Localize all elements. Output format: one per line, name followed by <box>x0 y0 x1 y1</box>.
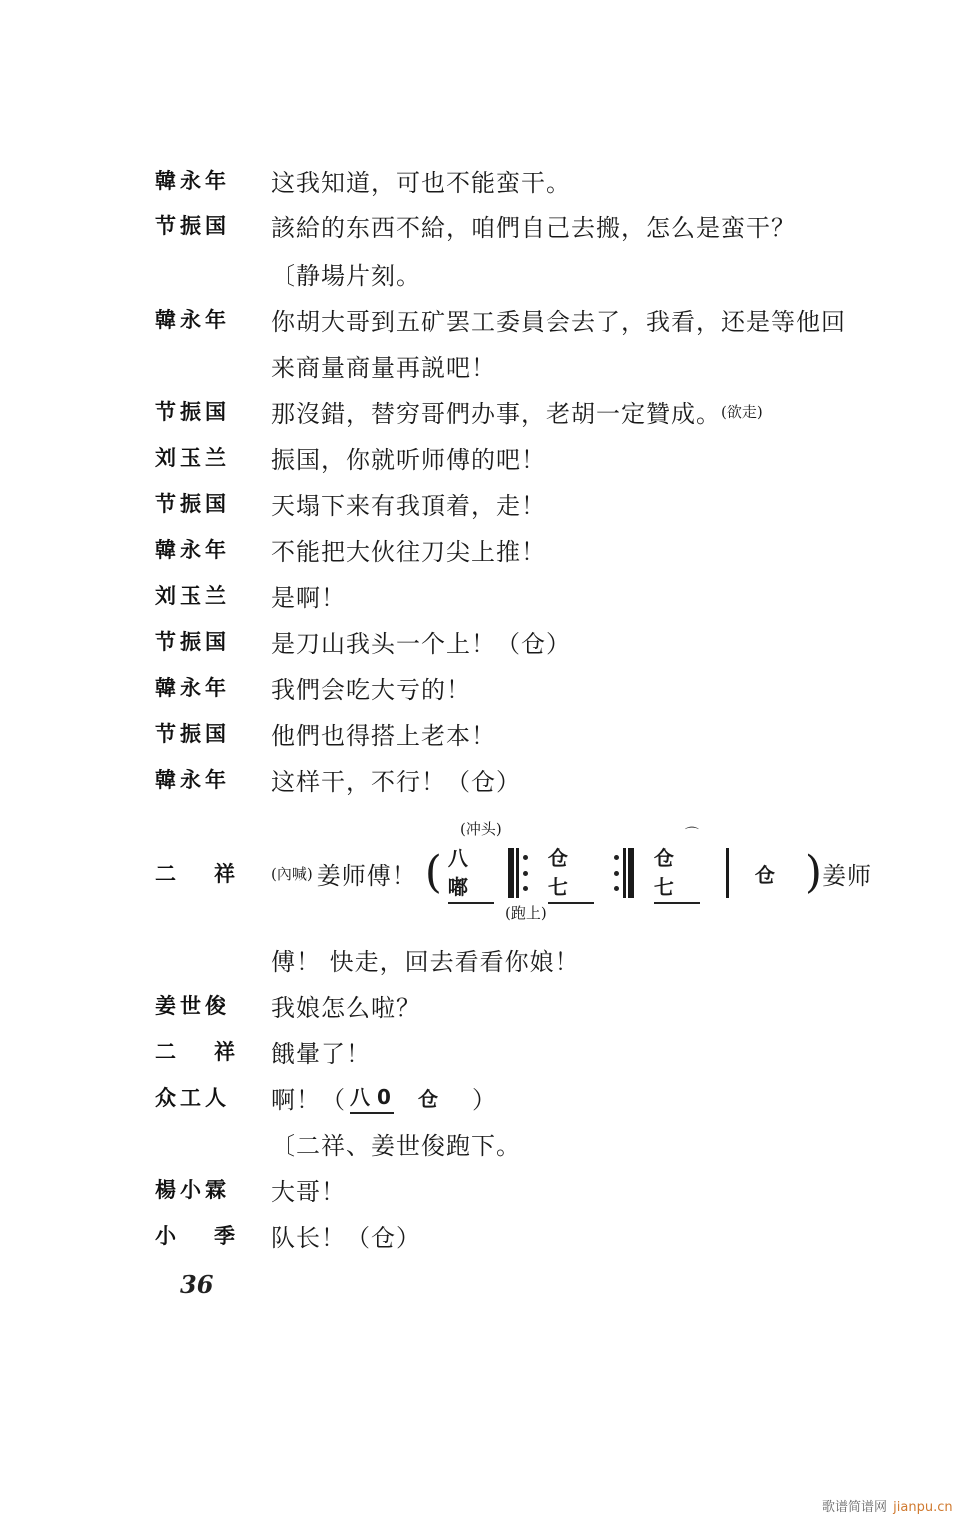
speaker-name: 韓永年 <box>155 672 271 702</box>
dialogue-line: 众工人 啊！（ 八 0 仓 ） <box>155 1080 497 1114</box>
dialogue-text: 我們会吃大亏的！ <box>271 670 471 705</box>
speaker-name: 刘玉兰 <box>155 442 271 472</box>
dialogue-line: 节振国 天塌下来有我頂着，走！ <box>155 486 546 520</box>
speaker-name: 节振国 <box>155 718 271 748</box>
dialogue-line: 二 祥 餓暈了！ <box>155 1034 371 1068</box>
dialogue-text: 队长！（仓） <box>271 1218 421 1253</box>
dialogue-line: 韓永年 不能把大伙往刀尖上推！ <box>155 532 546 566</box>
dialogue-line: 节振国 他們也得搭上老本！ <box>155 716 496 750</box>
dialogue-line: 节振国 該給的东西不給，咱們自己去搬，怎么是蛮干？ <box>155 208 796 242</box>
barline <box>628 848 634 898</box>
speaker-name: 刘玉兰 <box>155 580 271 610</box>
dialogue-text: 这我知道，可也不能蛮干。 <box>271 163 571 198</box>
repeat-dots <box>614 855 619 891</box>
dialogue-text: 餓暈了！ <box>271 1034 371 1069</box>
repeat-end-barline <box>610 848 634 898</box>
watermark: 歌谱简谱网 jianpu.cn <box>822 1496 953 1515</box>
fermata-note-group: ⌒ 仓 七 <box>654 842 700 904</box>
barline <box>726 848 729 898</box>
dialogue-line: 韓永年 这样干，不行！（仓） <box>155 762 521 796</box>
dialogue-line: 姜世俊 我娘怎么啦？ <box>155 988 421 1022</box>
speaker-name: 二 祥 <box>155 858 235 888</box>
open-paren: ( <box>425 858 442 888</box>
stage-direction: 〔二祥、姜世俊跑下。 <box>271 1126 521 1161</box>
dialogue-line: 刘玉兰 是啊！ <box>155 578 346 612</box>
speaker-name: 韓永年 <box>155 304 271 334</box>
dialogue-line: 节振国 是刀山我头一个上！（仓） <box>155 624 571 658</box>
dialogue-text: 振国，你就听师傅的吧！ <box>271 440 546 475</box>
script-page: 韓永年 这我知道，可也不能蛮干。 节振国 該給的东西不給，咱們自己去搬，怎么是蛮… <box>0 0 974 1524</box>
speaker-char: 季 <box>214 1220 235 1250</box>
speaker-char: 小 <box>155 1220 176 1250</box>
dialogue-text: 姜师傅！ <box>317 856 417 891</box>
music-notation-line: 二 祥 (內喊) 姜师傅！ ( 八 嘟 仓 七 ⌒ 仓 七 仓 ) 姜师 <box>155 848 872 898</box>
barline <box>623 848 626 898</box>
percussion-note: 仓 <box>755 859 775 888</box>
stage-note: (欲走) <box>721 401 763 422</box>
dialogue-text: 我娘怎么啦？ <box>271 988 421 1023</box>
speaker-name: 楊小霖 <box>155 1174 271 1204</box>
speaker-name: 姜世俊 <box>155 990 271 1020</box>
speaker-char: 二 <box>155 1036 176 1066</box>
page-number: 36 <box>180 1270 213 1299</box>
dialogue-text: 是啊！ <box>271 578 346 613</box>
dialogue-text: 他們也得搭上老本！ <box>271 716 496 751</box>
speaker-name: 节振国 <box>155 210 271 240</box>
speaker-char: 二 <box>155 858 176 888</box>
dialogue-line: 刘玉兰 振国，你就听师傅的吧！ <box>155 440 546 474</box>
dialogue-line: 韓永年 你胡大哥到五矿罢工委員会去了，我看，还是等他回 <box>155 302 846 336</box>
dialogue-text: 大哥！ <box>271 1172 346 1207</box>
speaker-name: 韓永年 <box>155 534 271 564</box>
dialogue-text: 这样干，不行！（仓） <box>271 762 521 797</box>
dialogue-line: 小 季 队长！（仓） <box>155 1218 421 1252</box>
speaker-name: 韓永年 <box>155 165 271 195</box>
speaker-name: 节振国 <box>155 396 271 426</box>
dialogue-continuation: 来商量商量再説吧！ <box>271 348 496 383</box>
speaker-name: 二 祥 <box>155 1036 235 1066</box>
percussion-note: 八 0 <box>350 1081 394 1114</box>
dialogue-continuation: 傅！ 快走，回去看看你娘！ <box>271 942 580 977</box>
speaker-name: 韓永年 <box>155 764 271 794</box>
speaker-name: 节振国 <box>155 626 271 656</box>
dialogue-text: 不能把大伙往刀尖上推！ <box>271 532 546 567</box>
watermark-text: 歌谱简谱网 <box>822 1500 887 1515</box>
dialogue-text: 是刀山我头一个上！（仓） <box>271 624 571 659</box>
percussion-note: 八 嘟 <box>448 842 494 904</box>
dialogue-text: 啊！（ <box>271 1080 346 1115</box>
speaker-char: 祥 <box>214 1036 235 1066</box>
speaker-char: 祥 <box>214 858 235 888</box>
speaker-name: 众工人 <box>155 1082 271 1112</box>
dialogue-text: 你胡大哥到五矿罢工委員会去了，我看，还是等他回 <box>271 302 846 337</box>
stage-direction: 〔静場片刻。 <box>271 256 421 291</box>
speaker-name: 小 季 <box>155 1220 235 1250</box>
dialogue-line: 节振国 那沒錯，替穷哥們办事，老胡一定贊成。 (欲走) <box>155 394 763 428</box>
percussion-note: 仓 七 <box>654 842 700 904</box>
dialogue-text: 姜师 <box>822 856 872 891</box>
barline <box>516 848 519 898</box>
aside-note: (內喊) <box>271 863 313 884</box>
dialogue-line: 韓永年 我們会吃大亏的！ <box>155 670 471 704</box>
percussion-annotation-above: (冲头) <box>460 818 502 839</box>
fermata-icon: ⌒ <box>685 828 699 842</box>
dialogue-line: 韓永年 这我知道，可也不能蛮干。 <box>155 163 571 197</box>
barline <box>508 848 514 898</box>
repeat-dots <box>523 855 528 891</box>
dialogue-text: 該給的东西不給，咱們自己去搬，怎么是蛮干？ <box>271 208 796 243</box>
repeat-start-barline <box>508 848 532 898</box>
watermark-url: jianpu.cn <box>893 1500 952 1515</box>
close-paren: ) <box>805 858 822 888</box>
percussion-note: 仓 <box>418 1083 438 1112</box>
dialogue-text: 那沒錯，替穷哥們办事，老胡一定贊成。 <box>271 394 721 429</box>
dialogue-text: 天塌下来有我頂着，走！ <box>271 486 546 521</box>
percussion-note: 仓 七 <box>548 842 594 904</box>
close-paren: ） <box>472 1080 497 1115</box>
percussion-annotation-below: (跑上) <box>505 902 547 923</box>
speaker-name: 节振国 <box>155 488 271 518</box>
dialogue-line: 楊小霖 大哥！ <box>155 1172 346 1206</box>
